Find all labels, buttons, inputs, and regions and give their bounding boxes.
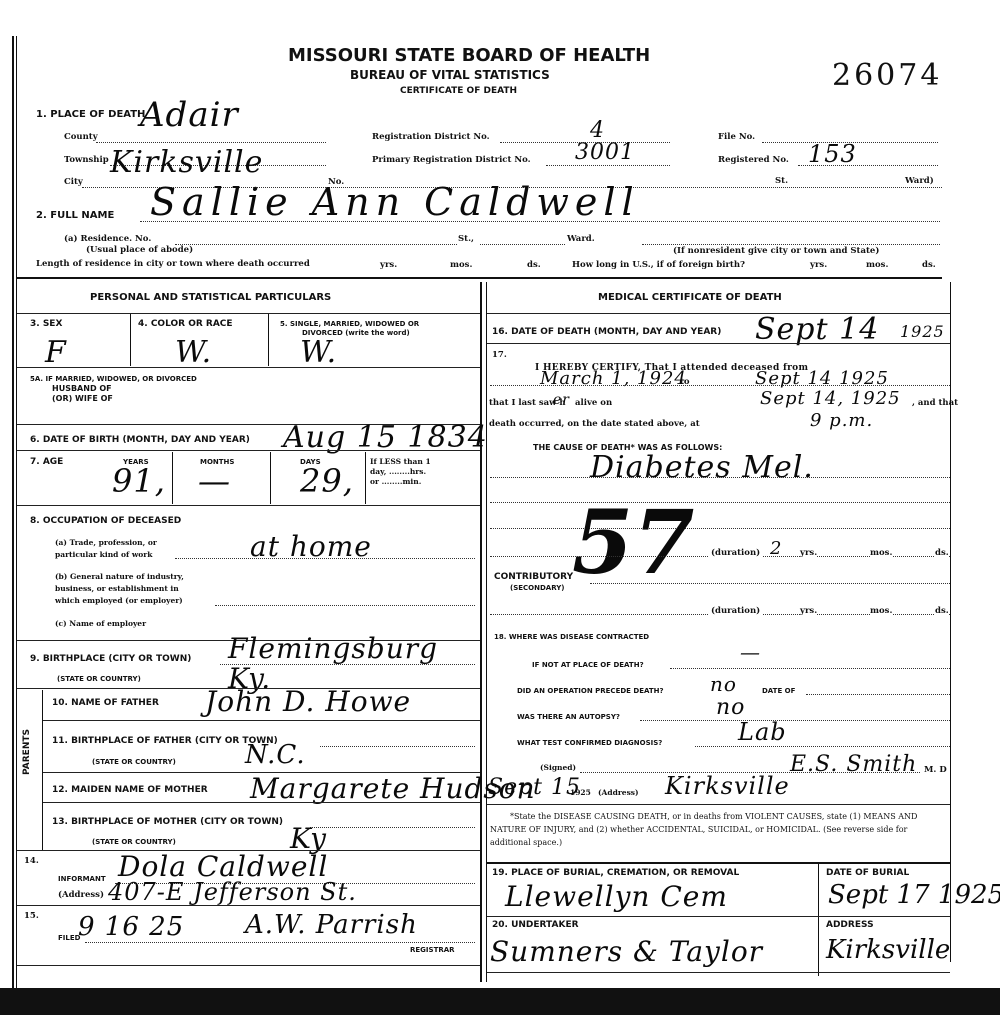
operation-label: DID AN OPERATION PRECEDE DEATH? <box>517 687 664 695</box>
less-min-label: or ........min. <box>370 477 421 486</box>
operation-date-label: DATE OF <box>762 687 795 695</box>
undertaker-label: 20. UNDERTAKER <box>492 920 579 930</box>
divider <box>268 314 269 366</box>
occ-b-label-3: which employed (or employer) <box>55 596 183 605</box>
length-residence-label: Length of residence in city or town wher… <box>36 259 310 269</box>
left-border <box>12 36 14 991</box>
alive-on-label: alive on <box>575 398 612 408</box>
registered-no-value: 153 <box>808 140 857 168</box>
attended-to-value: Sept 14 1925 <box>755 368 889 389</box>
mother-birthplace-label: 13. BIRTHPLACE OF MOTHER (CITY OR TOWN) <box>52 817 283 827</box>
birthplace-city-value: Flemingsburg <box>228 632 438 665</box>
signed-value: E.S. Smith <box>790 752 917 777</box>
secondary-label: (SECONDARY) <box>510 584 564 592</box>
marital-label: 5. SINGLE, MARRIED, WIDOWED OR <box>280 320 419 328</box>
occupation-label: 8. OCCUPATION OF DECEASED <box>30 516 181 526</box>
city-st-label: St. <box>775 176 788 186</box>
cause-line-1 <box>490 477 950 478</box>
not-at-place-value: — <box>740 640 761 664</box>
filed-value: 9 16 25 <box>78 912 184 942</box>
township-label: Township <box>64 155 109 165</box>
test-value: Lab <box>738 718 787 746</box>
signed-label: (Signed) <box>540 763 576 772</box>
right-col-right-border <box>950 282 951 962</box>
occ-c-label: (c) Name of employer <box>55 619 146 628</box>
mother-label: 12. MAIDEN NAME OF MOTHER <box>52 785 208 795</box>
residence-mos: mos. <box>450 260 472 270</box>
contributory-label: CONTRIBUTORY <box>494 572 573 582</box>
divider <box>172 452 173 504</box>
duration-mos-2: mos. <box>870 606 892 616</box>
file-no-label: File No. <box>718 132 755 142</box>
father-value: John D. Howe <box>205 685 411 718</box>
sign-year: 1925 <box>570 788 591 797</box>
how-long-us-label: How long in U.S., if of foreign birth? <box>572 260 745 270</box>
occ-b-label-2: business, or establishment in <box>55 584 179 593</box>
residence-ward-label: Ward. <box>567 234 595 244</box>
less-than-label: If LESS than 1 <box>370 457 431 466</box>
father-birthplace-value: N.C. <box>245 740 306 770</box>
sign-address-value: Kirksville <box>665 772 790 800</box>
occ-b-label-1: (b) General nature of industry, <box>55 572 184 581</box>
county-value: Adair <box>140 95 239 135</box>
residence-ds: ds. <box>527 260 541 270</box>
age-days-value: 29, <box>300 462 354 500</box>
us-mos: mos. <box>866 260 888 270</box>
birthplace-state-label: (STATE OR COUNTRY) <box>57 675 141 683</box>
duration-mos-1: mos. <box>870 548 892 558</box>
undertaker-address-label: ADDRESS <box>826 920 874 930</box>
residence-line <box>175 244 457 245</box>
city-ward-label: Ward) <box>905 176 934 186</box>
less-day-label: day, ........hrs. <box>370 467 426 476</box>
cause-code: 57 <box>572 490 694 594</box>
test-label: WHAT TEST CONFIRMED DIAGNOSIS? <box>517 739 662 747</box>
sex-value: F <box>45 335 67 370</box>
divider <box>365 452 366 504</box>
primary-reg-value: 3001 <box>575 140 635 165</box>
autopsy-line <box>640 720 950 721</box>
not-at-place-label: IF NOT AT PLACE OF DEATH? <box>532 661 644 669</box>
sign-date-value: Sept 15 <box>488 775 581 800</box>
duration-yrs-1: yrs. <box>800 548 817 558</box>
contributory-line <box>590 583 950 584</box>
undertaker-value: Sumners & Taylor <box>490 935 763 968</box>
left-border-inner <box>16 36 17 991</box>
autopsy-label: WAS THERE AN AUTOPSY? <box>517 713 620 721</box>
sex-label: 3. SEX <box>30 319 62 329</box>
burial-date-label: DATE OF BURIAL <box>826 868 909 878</box>
place-of-death-label: 1. PLACE OF DEATH <box>36 109 145 120</box>
and-that-label: , and that <box>912 398 958 408</box>
left-col-right-border <box>480 282 482 982</box>
occ-b-line <box>215 605 475 606</box>
not-at-place-line <box>670 668 950 669</box>
burial-value: Llewellyn Cem <box>505 880 728 913</box>
operation-value: no <box>710 672 737 696</box>
informant-address-value: 407-E Jefferson St. <box>108 878 357 906</box>
dob-label: 6. DATE OF BIRTH (MONTH, DAY AND YEAR) <box>30 435 250 445</box>
informant-label: INFORMANT <box>58 875 106 883</box>
filed-line <box>85 942 475 943</box>
full-name-value: Sallie Ann Caldwell <box>150 180 640 224</box>
burial-label: 19. PLACE OF BURIAL, CREMATION, OR REMOV… <box>492 868 739 878</box>
divider <box>487 916 950 917</box>
divider <box>487 862 950 864</box>
race-label: 4. COLOR OR RACE <box>138 319 233 329</box>
nonresident-note: (If nonresident give city or town and St… <box>673 246 879 256</box>
parents-label: PARENTS <box>22 729 32 775</box>
duration-yrs-2: yrs. <box>800 606 817 616</box>
spouse-label-1: 5A. IF MARRIED, WIDOWED, OR DIVORCED <box>30 375 197 383</box>
time-value: 9 p.m. <box>810 410 873 431</box>
burial-date-value: Sept 17 1925 <box>828 880 1000 910</box>
occ-a-label-1: (a) Trade, profession, or <box>55 538 157 547</box>
cause-value: Diabetes Mel. <box>590 450 814 485</box>
informant-number: 14. <box>24 856 39 866</box>
personal-section-title: PERSONAL AND STATISTICAL PARTICULARS <box>90 292 331 303</box>
divider <box>487 804 950 805</box>
registrar-label: REGISTRAR <box>410 946 455 954</box>
divider <box>17 313 480 314</box>
duration-ds-2: ds. <box>935 606 949 616</box>
duration-yrs-value: 2 <box>770 538 782 559</box>
test-line <box>695 746 950 747</box>
race-value: W. <box>175 335 212 370</box>
operation-date-line <box>806 694 950 695</box>
mother-bp-line <box>310 827 475 828</box>
father-bp-state-label: (STATE OR COUNTRY) <box>92 758 176 766</box>
form-name: CERTIFICATE OF DEATH <box>400 86 517 96</box>
death-occurred-label: death occurred, on the date stated above… <box>489 419 700 429</box>
header-divider <box>17 277 942 279</box>
filed-number: 15. <box>24 911 39 921</box>
residence-st-line <box>480 244 565 245</box>
residence-st-label: St., <box>458 234 474 244</box>
cause-line-2 <box>490 502 950 503</box>
usual-place-label: (Usual place of abode) <box>86 245 193 255</box>
city-value: Kirksville <box>110 145 263 180</box>
cause-line-3 <box>490 528 950 529</box>
birthplace-label: 9. BIRTHPLACE (CITY OR TOWN) <box>30 654 191 664</box>
duration-label-2: (duration) <box>709 606 762 616</box>
reg-district-label: Registration District No. <box>372 132 490 142</box>
form-title: MISSOURI STATE BOARD OF HEALTH <box>288 45 650 66</box>
divider <box>43 802 480 803</box>
age-months-value: — <box>198 462 231 500</box>
parents-divider <box>42 690 43 850</box>
divider <box>487 313 950 314</box>
attended-to-label: to <box>680 377 690 387</box>
right-col-left-border <box>486 282 487 982</box>
marital-value: W. <box>300 335 337 370</box>
divider <box>487 972 950 973</box>
full-name-line <box>140 221 940 222</box>
residence-yrs: yrs. <box>380 260 397 270</box>
age-label: 7. AGE <box>30 457 63 467</box>
undertaker-address-value: Kirksville <box>826 935 950 965</box>
divider <box>818 864 819 976</box>
mother-bp-state-label: (STATE OR COUNTRY) <box>92 838 176 846</box>
residence-label: (a) Residence. No. <box>64 234 151 244</box>
us-ds: ds. <box>922 260 936 270</box>
sign-address-label: (Address) <box>598 788 639 797</box>
father-bp-line <box>320 746 475 747</box>
last-saw-date: Sept 14, 1925 <box>760 388 901 409</box>
dod-value: Sept 14 <box>755 312 879 347</box>
divider <box>270 452 271 504</box>
divider <box>130 314 131 366</box>
duration-label-1: (duration) <box>709 548 762 558</box>
divider <box>17 367 480 368</box>
county-line <box>96 142 326 143</box>
father-birthplace-label: 11. BIRTHPLACE OF FATHER (CITY OR TOWN) <box>52 736 278 746</box>
autopsy-value: no <box>716 695 745 720</box>
occupation-value: at home <box>250 530 372 563</box>
full-name-label: 2. FULL NAME <box>36 210 114 221</box>
divider <box>487 343 950 344</box>
county-label: County <box>64 132 98 142</box>
item-17-label: 17. <box>492 350 507 360</box>
informant-address-label: (Address) <box>58 890 104 900</box>
md-label: M. D <box>924 765 947 775</box>
divider <box>17 965 480 966</box>
divider <box>17 450 480 451</box>
city-label: City <box>64 177 83 187</box>
primary-reg-label: Primary Registration District No. <box>372 155 531 165</box>
dod-year: 1925 <box>900 322 945 341</box>
medical-section-title: MEDICAL CERTIFICATE OF DEATH <box>598 292 782 303</box>
footnote-text: *State the DISEASE CAUSING DEATH, or in … <box>490 810 946 849</box>
duration-ds-1: ds. <box>935 548 949 558</box>
registered-no-label: Registered No. <box>718 155 789 165</box>
residence-ward-line <box>642 244 940 245</box>
spouse-label-3: (OR) WIFE OF <box>52 394 113 403</box>
divider <box>17 905 480 906</box>
father-label: 10. NAME OF FATHER <box>52 698 159 708</box>
primary-reg-line <box>546 165 670 166</box>
occ-a-label-2: particular kind of work <box>55 550 152 559</box>
spouse-label-2: HUSBAND OF <box>52 384 112 393</box>
age-years-value: 91, <box>112 462 166 500</box>
dod-label: 16. DATE OF DEATH (MONTH, DAY AND YEAR) <box>492 327 721 337</box>
last-saw-her: er <box>553 392 570 408</box>
certificate-number: 26074 <box>832 58 942 93</box>
form-subtitle: BUREAU OF VITAL STATISTICS <box>350 68 550 82</box>
divider <box>43 720 480 721</box>
us-yrs: yrs. <box>810 260 827 270</box>
registrar-value: A.W. Parrish <box>245 910 418 940</box>
item-18-label: 18. WHERE WAS DISEASE CONTRACTED <box>494 633 649 641</box>
divider <box>17 505 480 506</box>
bottom-black-band <box>0 988 1000 1015</box>
